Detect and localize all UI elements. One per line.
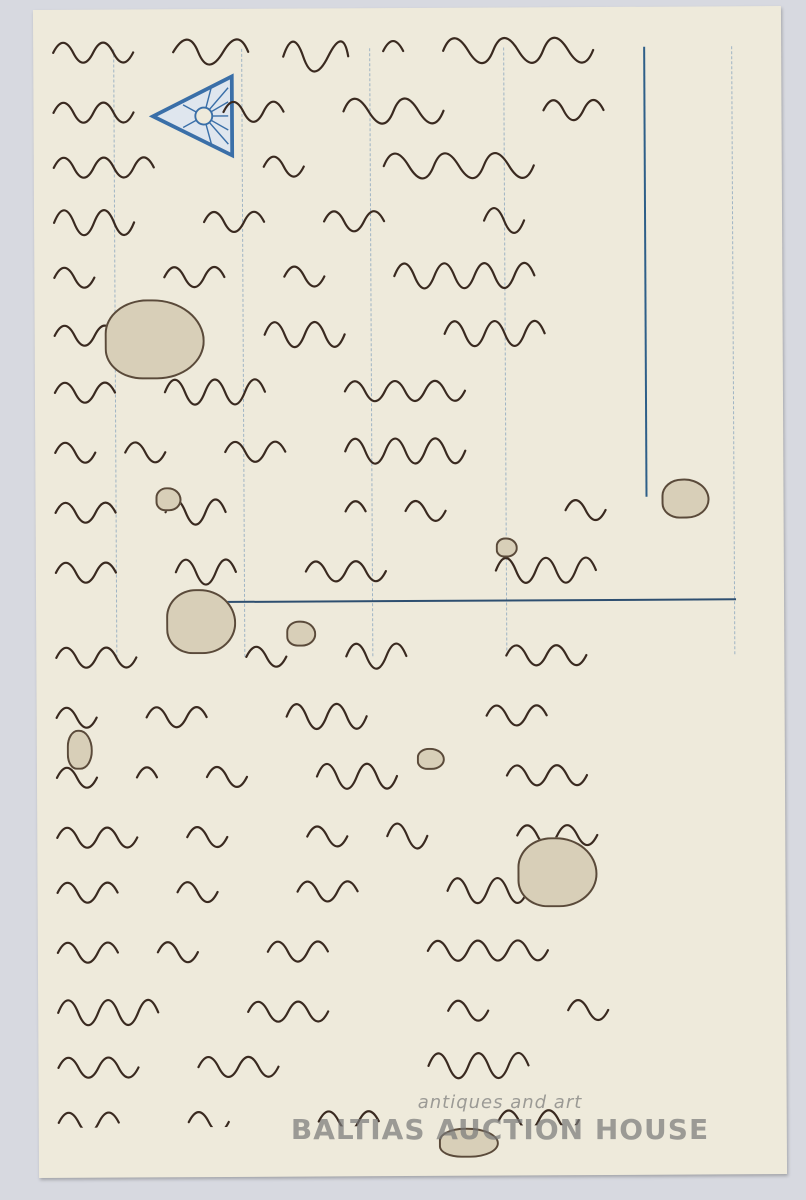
- paper-damage: [517, 837, 597, 907]
- paper-damage: [496, 537, 518, 557]
- paper-damage: [67, 730, 93, 770]
- postcard: [33, 6, 787, 1178]
- paper-damage: [155, 487, 181, 511]
- handwriting-strokes: [43, 24, 779, 1128]
- watermark-brand: BALTIAS AUCTION HOUSE: [290, 1113, 710, 1146]
- paper-damage: [661, 478, 709, 518]
- paper-damage: [417, 748, 445, 770]
- paper-damage: [166, 589, 236, 654]
- handwritten-text: [43, 24, 779, 1132]
- watermark-tagline: antiques and art: [290, 1092, 710, 1113]
- watermark: antiques and art BALTIAS AUCTION HOUSE: [290, 1092, 710, 1146]
- paper-damage: [104, 299, 204, 380]
- paper-damage: [286, 620, 316, 646]
